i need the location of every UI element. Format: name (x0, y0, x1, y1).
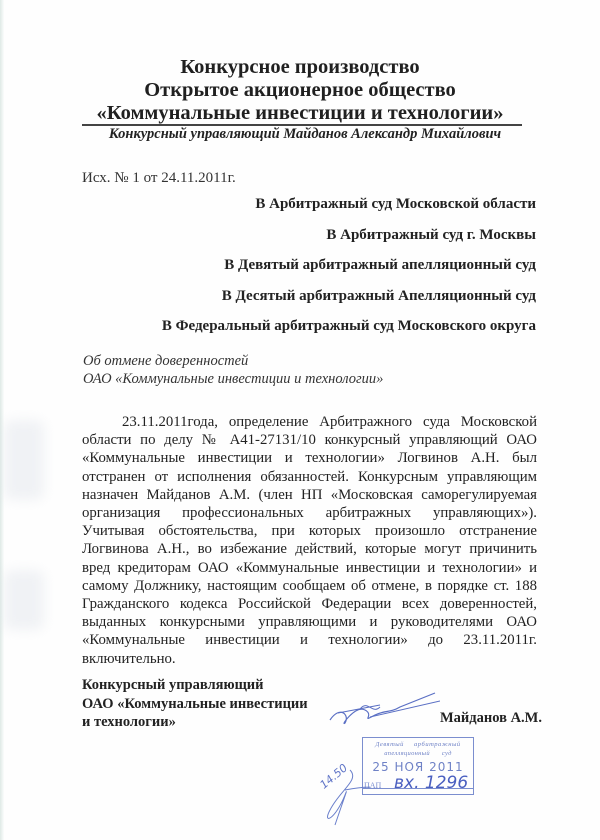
scan-smudge (4, 570, 44, 630)
header-procedure: Конкурсное производство (0, 55, 600, 79)
addressee: В Арбитражный суд Московской области (162, 193, 536, 224)
addressee: В Десятый арбитражный Апелляционный суд (162, 285, 536, 316)
stamp-court-line: Девятый арбитражный (363, 741, 473, 748)
subject-line: ОАО «Коммунальные инвестиции и технологи… (83, 370, 383, 388)
subject: Об отмене доверенностей ОАО «Коммунальны… (83, 352, 383, 388)
header-manager: Конкурсный управляющий Майданов Александ… (0, 126, 600, 143)
addressee: В Девятый арбитражный апелляционный суд (162, 254, 536, 285)
stamp-incoming-number: вх. 1296 (394, 773, 468, 793)
letter-body: 23.11.2011года, определение Арбитражного… (82, 413, 537, 668)
signatory-title: Конкурсный управляющий ОАО «Коммунальные… (82, 676, 308, 732)
header-company-type: Открытое акционерное общество (0, 78, 600, 102)
addressee: В Арбитражный суд г. Москвы (162, 224, 536, 255)
signatory-name: Майданов А.М. (440, 710, 542, 727)
signatory-line: Конкурсный управляющий (82, 676, 308, 695)
stamp-date: 25 НОЯ 2011 (363, 760, 473, 774)
handwritten-signature (320, 685, 440, 730)
subject-line: Об отмене доверенностей (83, 352, 383, 370)
outgoing-reference: Исх. № 1 от 24.11.2011г. (82, 170, 236, 187)
signatory-line: и технологии» (82, 713, 308, 732)
document-page: Конкурсное производство Открытое акционе… (0, 0, 600, 840)
scan-smudge (4, 420, 44, 500)
signatory-line: ОАО «Коммунальные инвестиции (82, 695, 308, 714)
header-company-name: «Коммунальные инвестиции и технологии» (20, 101, 580, 125)
handwritten-initials (310, 760, 370, 830)
stamp-court-line: апелляционный суд (363, 750, 473, 757)
addressee-list: В Арбитражный суд Московской области В А… (162, 193, 536, 346)
addressee: В Федеральный арбитражный суд Московског… (162, 315, 536, 346)
